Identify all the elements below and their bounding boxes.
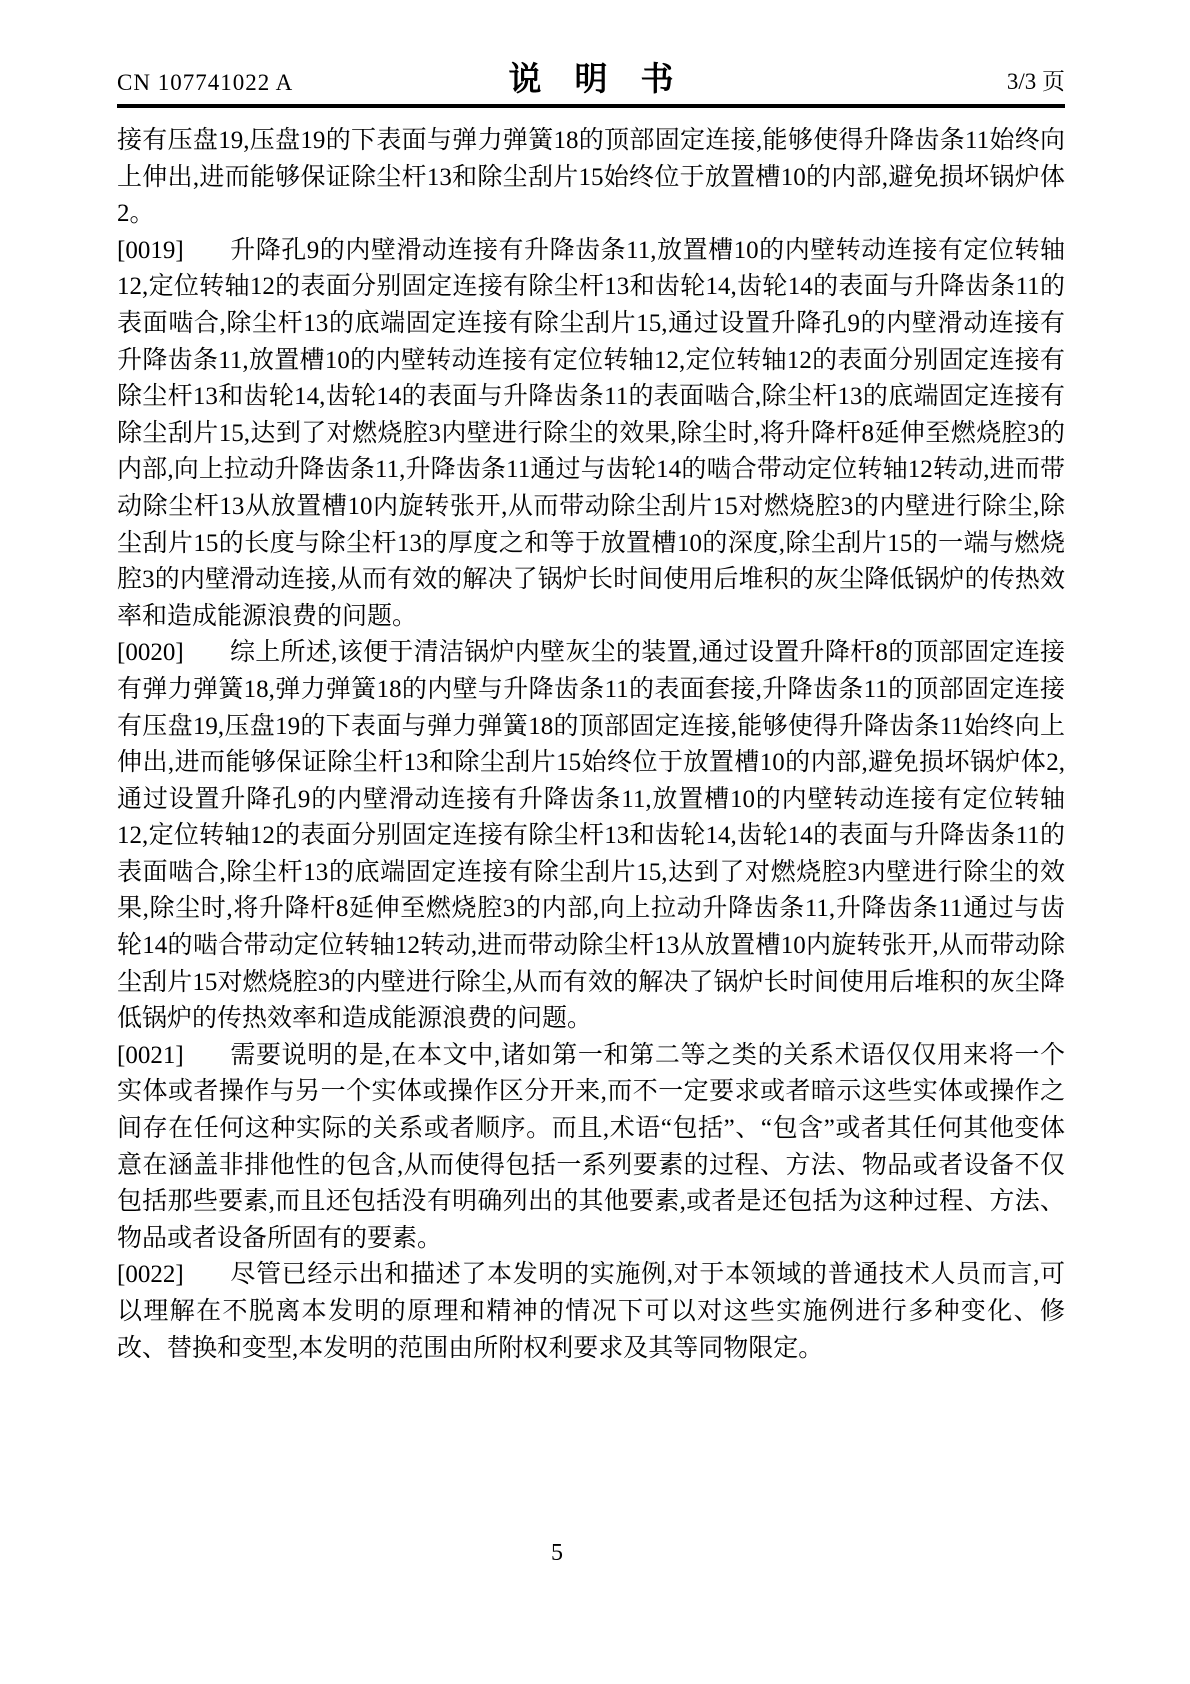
paragraph-text: 尽管已经示出和描述了本发明的实施例,对于本领域的普通技术人员而言,可以理解在不脱… [117, 1261, 1065, 1361]
page-content: CN 107741022 A 说 明 书 3/3 页 接有压盘19,压盘19的下… [117, 62, 1065, 1367]
page-indicator: 3/3 页 [1007, 63, 1065, 96]
page-title: 说 明 书 [509, 53, 674, 100]
paragraph: [0020]综上所述,该便于清洁锅炉内壁灰尘的装置,通过设置升降杆8的顶部固定连… [117, 635, 1065, 1038]
page-footer: 5 [117, 1540, 997, 1567]
patent-page: CN 107741022 A 说 明 书 3/3 页 接有压盘19,压盘19的下… [0, 0, 1190, 1684]
page-header: CN 107741022 A 说 明 书 3/3 页 [117, 62, 1065, 108]
paragraph: [0019]升降孔9的内壁滑动连接有升降齿条11,放置槽10的内壁转动连接有定位… [117, 233, 1065, 636]
paragraph-text: 综上所述,该便于清洁锅炉内壁灰尘的装置,通过设置升降杆8的顶部固定连接有弹力弹簧… [117, 639, 1065, 1032]
paragraph-label: [0019] [117, 237, 184, 264]
paragraph: 接有压盘19,压盘19的下表面与弹力弹簧18的顶部固定连接,能够使得升降齿条11… [117, 123, 1065, 233]
paragraph: [0021]需要说明的是,在本文中,诸如第一和第二等之类的关系术语仅仅用来将一个… [117, 1038, 1065, 1258]
paragraph-label: [0022] [117, 1261, 184, 1288]
paragraph-text: 需要说明的是,在本文中,诸如第一和第二等之类的关系术语仅仅用来将一个实体或者操作… [117, 1042, 1065, 1252]
paragraph: [0022]尽管已经示出和描述了本发明的实施例,对于本领域的普通技术人员而言,可… [117, 1257, 1065, 1367]
paragraph-text: 升降孔9的内壁滑动连接有升降齿条11,放置槽10的内壁转动连接有定位转轴12,定… [117, 237, 1065, 630]
page-number: 5 [551, 1540, 563, 1566]
paragraph-label: [0020] [117, 639, 184, 666]
document-number: CN 107741022 A [117, 70, 293, 96]
paragraph-label: [0021] [117, 1042, 184, 1069]
specification-body: 接有压盘19,压盘19的下表面与弹力弹簧18的顶部固定连接,能够使得升降齿条11… [117, 123, 1065, 1367]
paragraph-text: 接有压盘19,压盘19的下表面与弹力弹簧18的顶部固定连接,能够使得升降齿条11… [117, 127, 1065, 227]
